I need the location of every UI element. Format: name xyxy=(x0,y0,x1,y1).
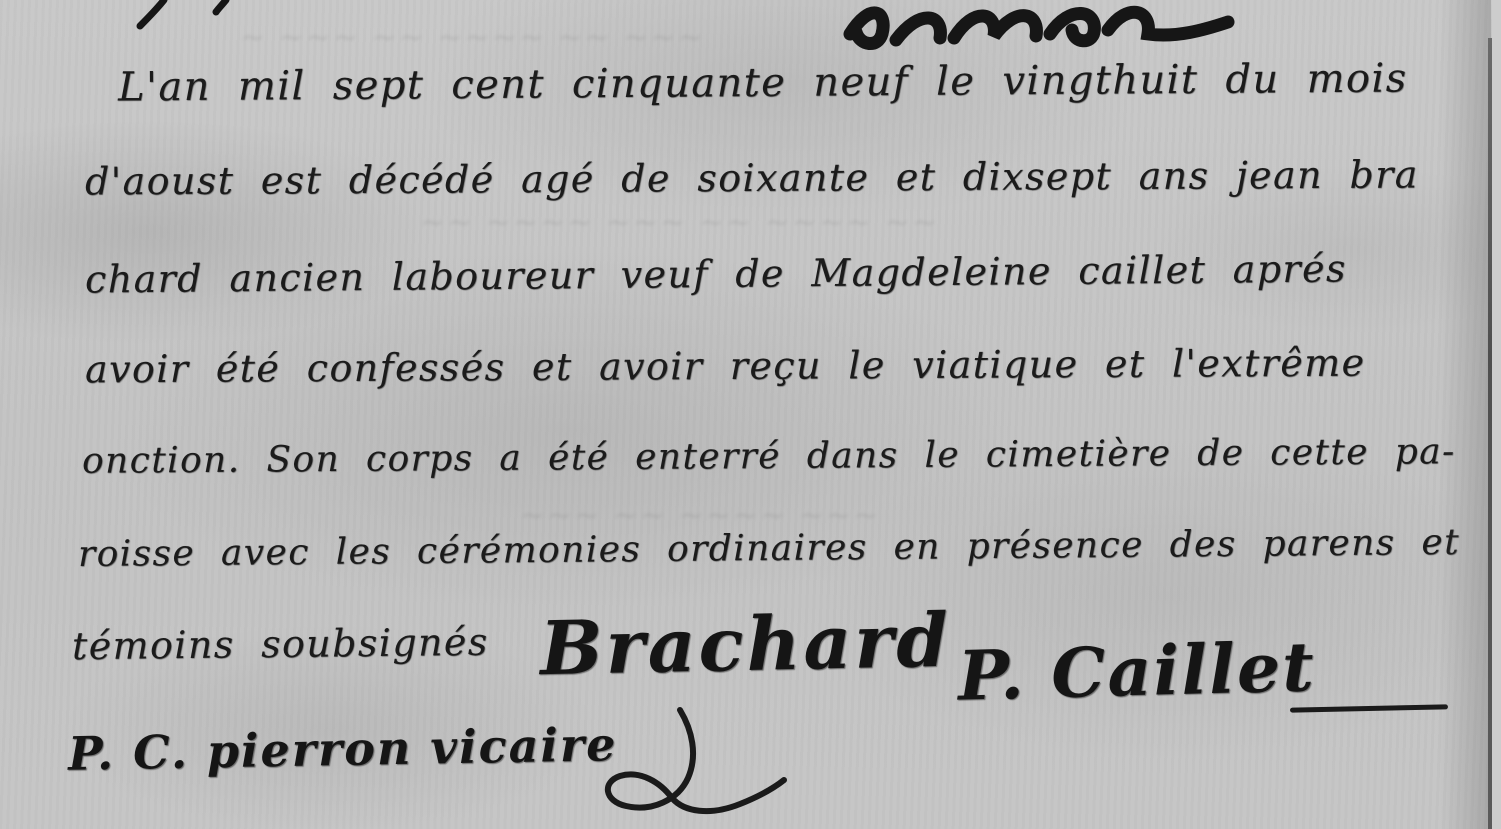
scanned-parish-register-page: ~ ~~~ ~~ ~~~~ ~~ ~~~ ~~ ~~~~ ~~~ ~~ ~~~~… xyxy=(0,0,1501,829)
act-line-7: témoins soubsignés xyxy=(72,620,489,668)
act-line-2: d'aoust est décédé agé de soixante et di… xyxy=(85,153,1419,204)
bleed-through-ghost-line: ~ ~~~ ~~ ~~~~ ~~ ~~~ xyxy=(240,20,705,55)
page-edge-shadow xyxy=(1439,0,1491,829)
bleed-through-ghost-line: ~~ ~~~~ ~~~ ~~ ~~~~ ~~ xyxy=(420,205,939,240)
clipped-descender-strokes xyxy=(130,0,250,30)
act-line-3: chard ancien laboureur veuf de Magdelein… xyxy=(85,246,1347,301)
signature-caillet: P. Caillet xyxy=(957,627,1317,716)
act-line-4: avoir été confessés et avoir reçu le via… xyxy=(85,341,1366,392)
signature-vicar-pierron: P. C. pierron vicaire xyxy=(68,717,618,781)
clipped-heading-script xyxy=(836,0,1256,52)
page-edge-margin xyxy=(1492,0,1501,829)
act-line-1: L'an mil sept cent cinquante neuf le vin… xyxy=(118,55,1408,110)
signature-brachard: Brachard xyxy=(539,598,952,693)
act-line-6: roisse avec les cérémonies ordinaires en… xyxy=(78,522,1460,575)
act-line-5: onction. Son corps a été enterré dans le… xyxy=(82,431,1456,482)
vicar-paraph-flourish xyxy=(560,700,790,825)
page-edge-line xyxy=(1488,38,1492,829)
